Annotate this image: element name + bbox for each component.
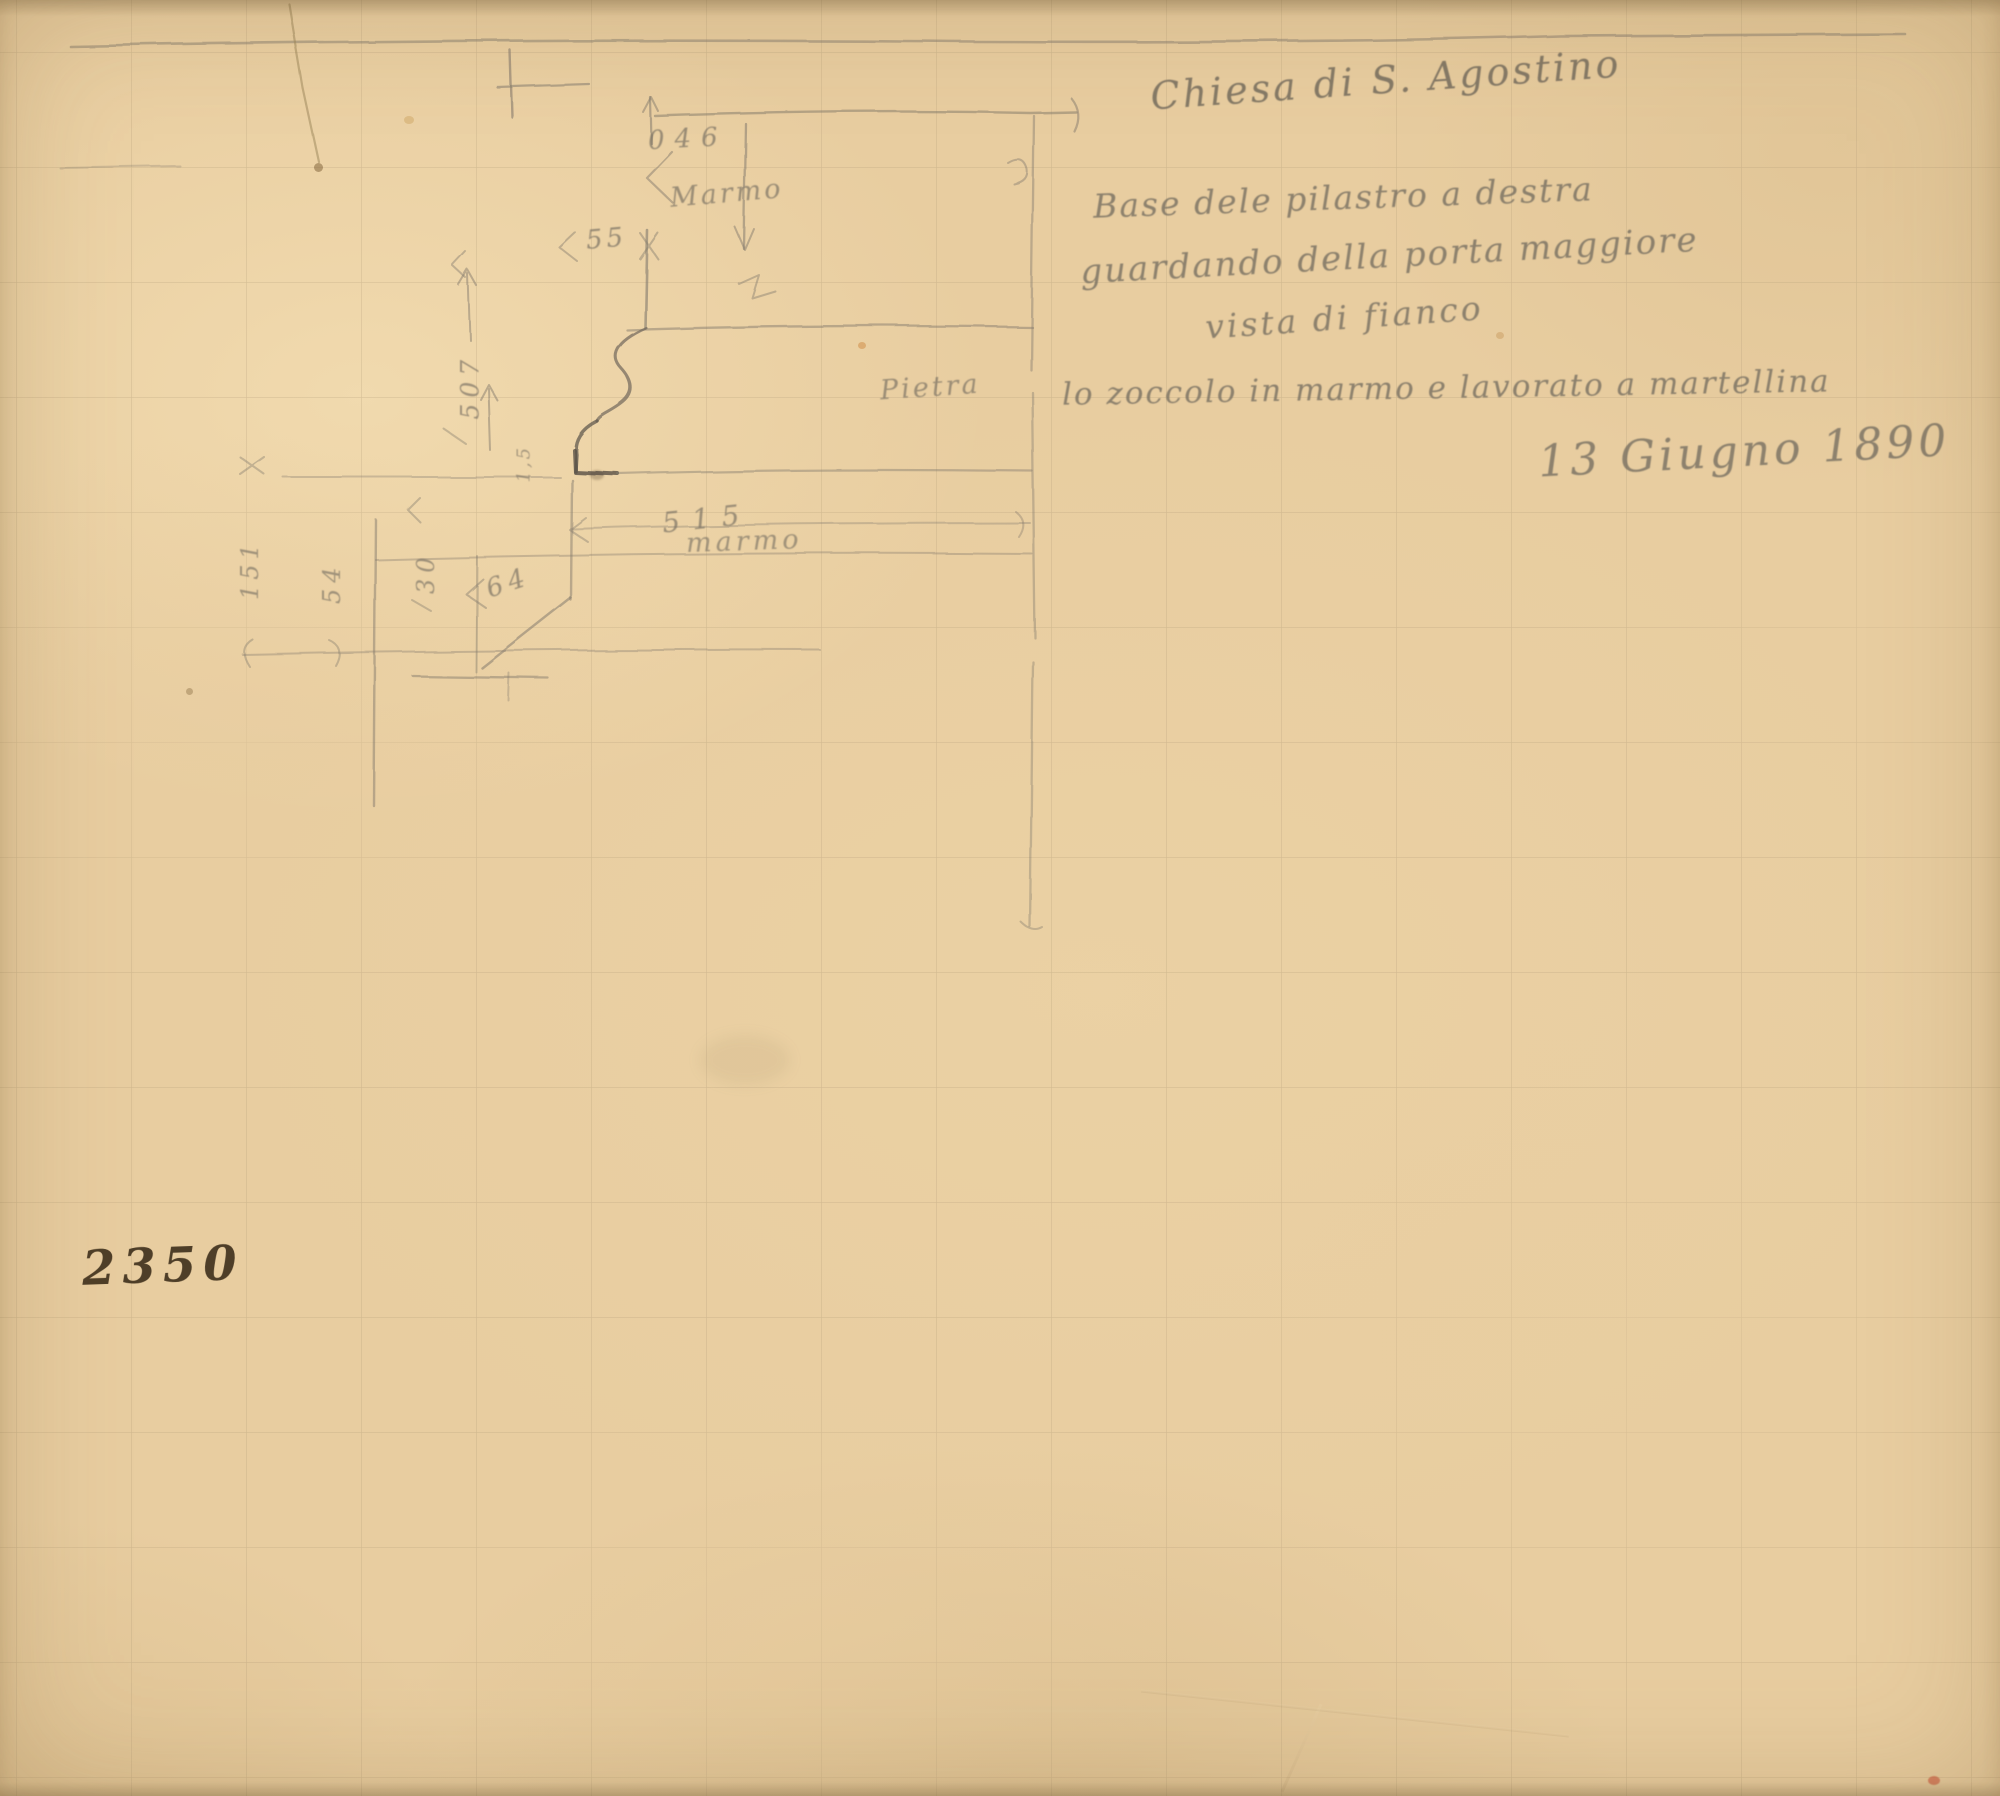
dim-upper-height: 507 [456, 324, 485, 420]
dim-shaft-width: 55 [585, 222, 629, 255]
pilaster-base-sketch [0, 0, 2000, 1796]
bottom-paper-edge [0, 1782, 2000, 1796]
top-paper-edge [0, 0, 2000, 16]
dim-top-width: 046 [647, 122, 728, 156]
dim-mid-height: 30 [412, 514, 440, 594]
scanned-sheet: Chiesa di S. Agostino Base dele pilastro… [0, 0, 2000, 1796]
dim-molding-height: 1,5 [514, 423, 535, 483]
dim-lower-height-left: 151 [236, 520, 264, 600]
inventory-number: 2350 [81, 1235, 244, 1297]
dim-lower-height-right: 54 [318, 524, 346, 604]
